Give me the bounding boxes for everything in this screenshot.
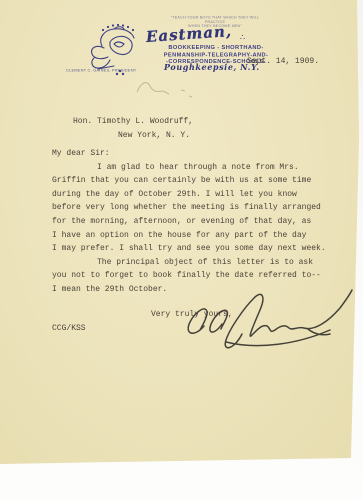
recipient-city: New York, N. Y. bbox=[118, 131, 190, 140]
letter-paper: "TEACH YOUR BOYS THAT WHICH THEY WILL PR… bbox=[0, 0, 363, 470]
signature bbox=[180, 282, 355, 354]
body-line: I am glad to hear through a note from Mr… bbox=[52, 161, 337, 175]
date-line: Sept. 14, 1909. bbox=[247, 57, 319, 66]
body-line: for the morning, afternoon, or evening o… bbox=[52, 215, 337, 229]
body-line: I have an option on the house for any pa… bbox=[52, 229, 337, 243]
pencil-annotation bbox=[133, 78, 213, 104]
body-line: I may prefer. I shall try and see you so… bbox=[52, 242, 337, 256]
letter-scan: "TEACH YOUR BOYS THAT WHICH THEY WILL PR… bbox=[0, 0, 363, 500]
ornament-dots: ∴ bbox=[240, 33, 245, 42]
dept-line-1: BOOKKEEPING - SHORTHAND- bbox=[151, 45, 280, 52]
body-line: you not to forget to book finally the da… bbox=[52, 269, 337, 283]
letterhead-city: Poughkeepsie, N.Y. bbox=[164, 62, 260, 72]
body-line: Griffin that you can certainly be with u… bbox=[52, 174, 337, 188]
body-line: before very long whether the meeting is … bbox=[52, 201, 337, 215]
body-line: during the day of October 29th. I will l… bbox=[52, 188, 337, 202]
recipient-name: Hon. Timothy L. Woodruff, bbox=[73, 117, 193, 126]
reference-initials: CCG/KSS bbox=[52, 324, 86, 333]
school-wordmark: Eastman, bbox=[145, 22, 232, 46]
letter-body: My dear Sir: I am glad to hear through a… bbox=[52, 147, 337, 297]
president-line: CLEMENT C. GAINES, PRESIDENT bbox=[66, 69, 136, 73]
salutation: My dear Sir: bbox=[52, 147, 337, 161]
body-line: The principal object of this letter is t… bbox=[52, 256, 337, 270]
